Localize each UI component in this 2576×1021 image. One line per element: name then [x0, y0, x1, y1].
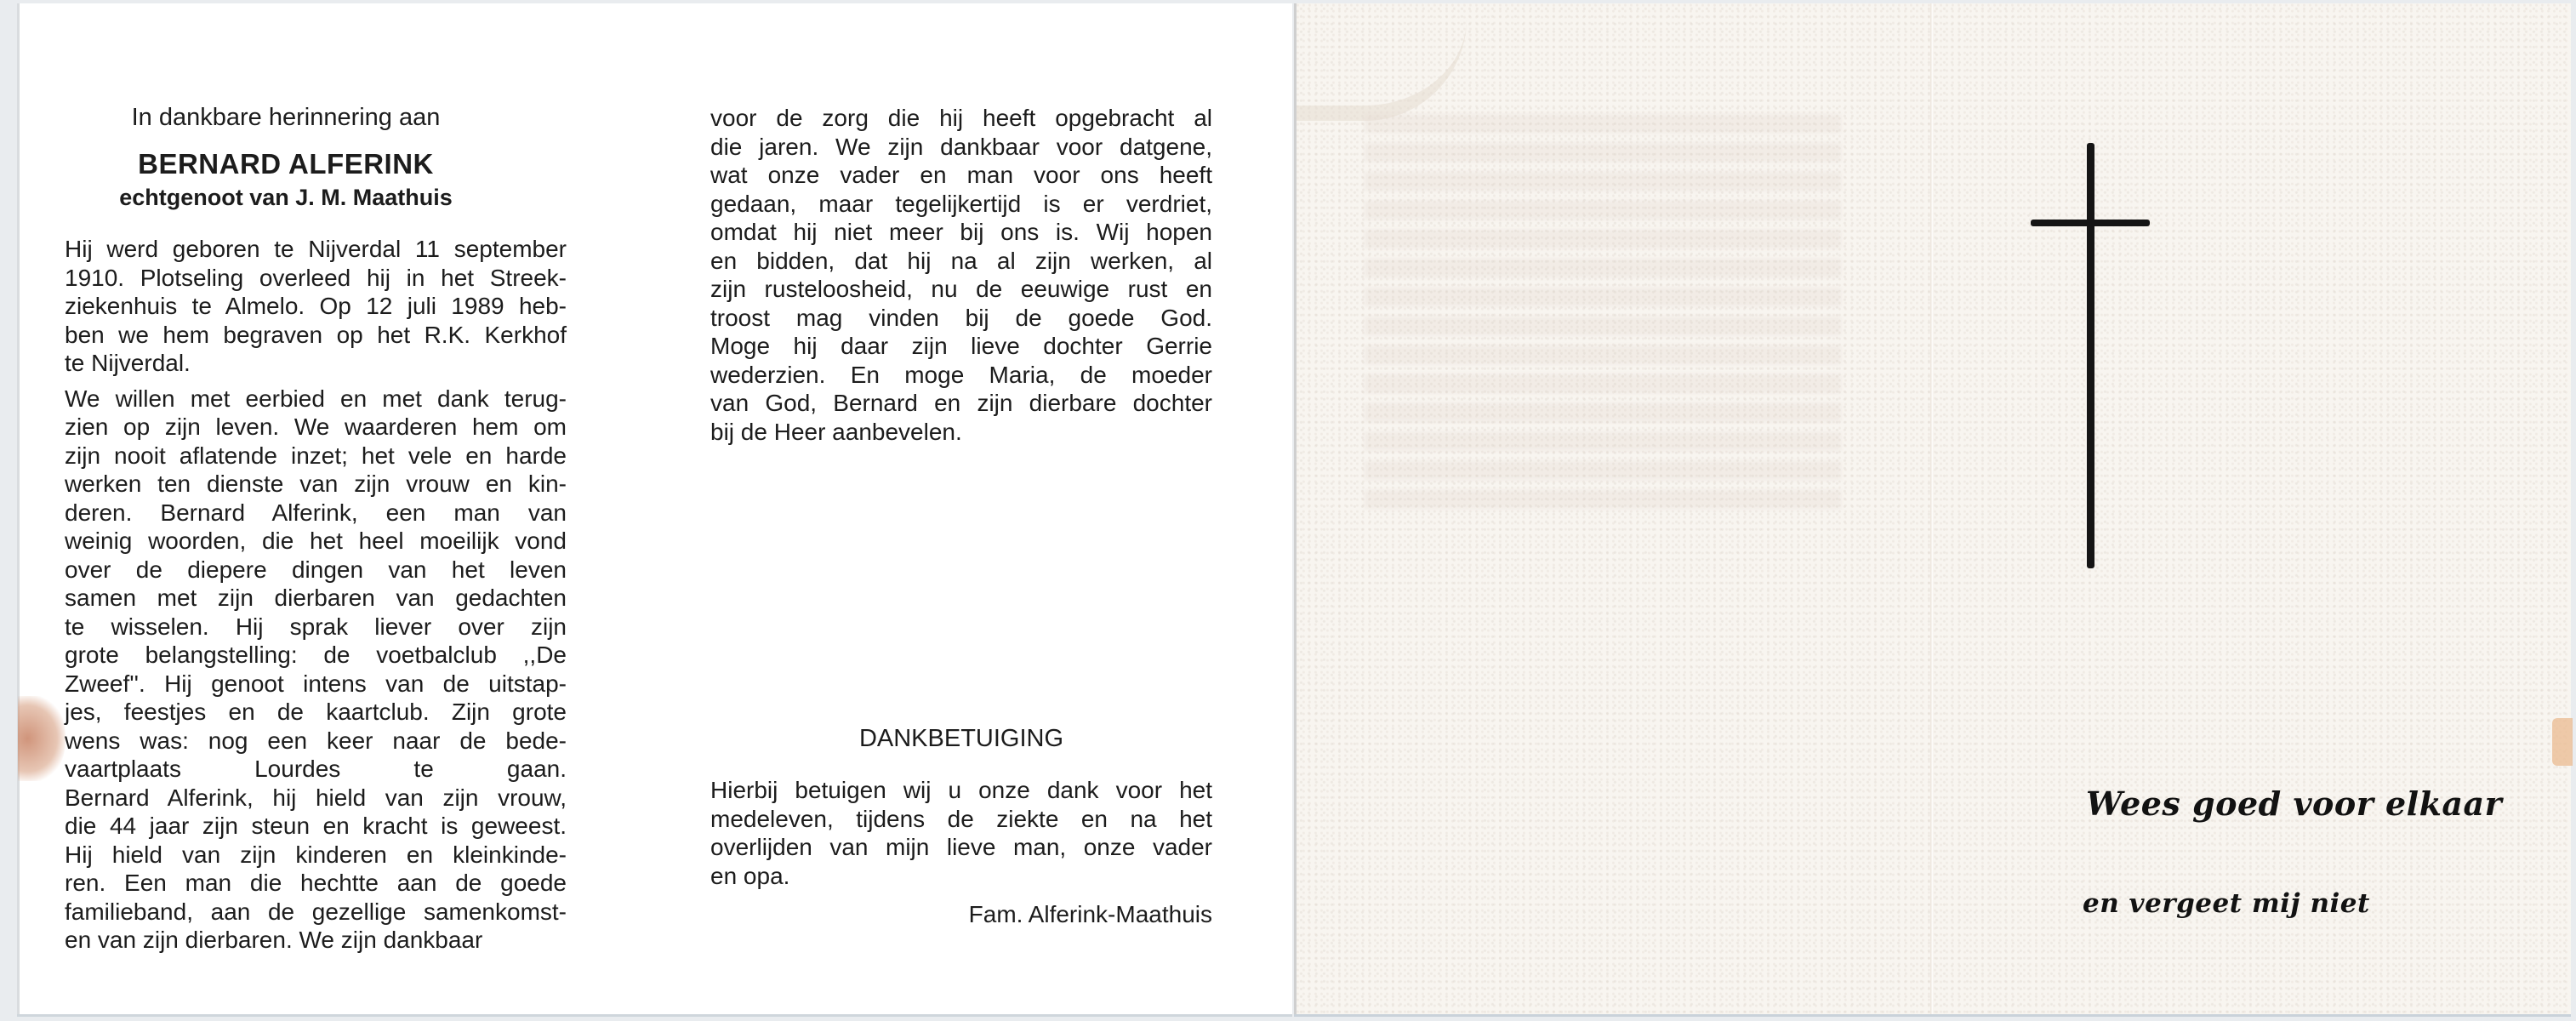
text-line: gedaan, maar tegelijkertijd is er verdri… [710, 190, 1212, 219]
text-line: jes, feestjes en de kaartclub. Zijn grot… [65, 698, 567, 727]
stain-mark [18, 696, 66, 781]
text-line: wens was: nog een keer naar de bede- [65, 727, 567, 756]
thanks-text: Hierbij betuigen wij u onze dank voor he… [710, 776, 1212, 890]
text-line: Hierbij betuigen wij u onze dank voor he… [710, 776, 1212, 805]
text-line: omdat hij niet meer bij ons is. Wij hope… [710, 218, 1212, 247]
text-line: te Nijverdal. [65, 349, 567, 378]
text-line: zien op zijn leven. We waarderen hem om [65, 413, 567, 442]
text-line: bij de Heer aanbevelen. [710, 418, 1212, 447]
biography-continuation: voor de zorg die hij heeft opgebracht al… [710, 104, 1212, 446]
cross-horizontal-bar [2031, 220, 2150, 226]
text-line: overlijden van mijn lieve man, onze vade… [710, 833, 1212, 862]
text-line: en opa. [710, 862, 1212, 891]
text-line: wat onze vader en man voor ons heeft [710, 161, 1212, 190]
cross-vertical-bar [2087, 143, 2094, 568]
family-signature: Fam. Alferink-Maathuis [969, 900, 1212, 929]
memorial-card-cover: Wees goed voor elkaar en vergeet mij nie… [1294, 3, 2571, 1014]
intro-line: In dankbare herinnering aan [65, 104, 507, 133]
text-line: en bidden, dat hij na al zijn werken, al [710, 247, 1212, 276]
spouse-line: echtgenoot van J. M. Maathuis [65, 184, 507, 213]
stain-mark [2552, 718, 2573, 766]
text-line: troost mag vinden bij de goede God. [710, 304, 1212, 333]
text-line: die 44 jaar zijn steun en kracht is gewe… [65, 812, 567, 841]
text-line: ben we hem begraven op het R.K. Kerkhof [65, 321, 567, 350]
paper-show-through-arc [1297, 0, 1467, 121]
text-line: Zweef''. Hij genoot intens van de uitsta… [65, 670, 567, 699]
motto-line-2: en vergeet mij niet [2083, 888, 2370, 919]
text-line: ren. Een man die hechtte aan de goede [65, 869, 567, 898]
text-line: voor de zorg die hij heeft opgebracht al [710, 104, 1212, 133]
text-line: ziekenhuis te Almelo. Op 12 juli 1989 he… [65, 292, 567, 321]
text-line: Moge hij daar zijn lieve dochter Gerrie [710, 332, 1212, 361]
biography: Hij werd geboren te Nijverdal 11 septemb… [65, 235, 567, 955]
text-line: medeleven, tijdens de ziekte en na het [710, 805, 1212, 834]
text-line: We willen met eerbied en met dank terug- [65, 385, 567, 414]
text-line: grote belangstelling: de voetbalclub ,,D… [65, 641, 567, 670]
text-line: over de diepere dingen van het leven [65, 556, 567, 585]
deceased-name: BERNARD ALFERINK [65, 150, 507, 179]
text-line: deren. Bernard Alferink, een man van [65, 499, 567, 528]
text-line: van God, Bernard en zijn dierbare dochte… [710, 389, 1212, 418]
text-line: zijn nooit aflatende inzet; het vele en … [65, 442, 567, 471]
text-line: te wisselen. Hij sprak liever over zijn [65, 613, 567, 642]
text-line: Hij werd geboren te Nijverdal 11 septemb… [65, 235, 567, 264]
text-line: wederzien. En moge Maria, de moeder [710, 361, 1212, 390]
text-line: samen met zijn dierbaren van gedachten [65, 584, 567, 613]
paper-show-through [1365, 114, 1841, 514]
text-line: weinig woorden, die het heel moeilijk vo… [65, 527, 567, 556]
motto-line-1: Wees goed voor elkaar [2086, 784, 2502, 823]
text-line: familieband, aan de gezellige samenkomst… [65, 898, 567, 927]
text-line: werken ten dienste van zijn vrouw en kin… [65, 470, 567, 499]
text-line: Bernard Alferink, hij hield van zijn vro… [65, 784, 567, 813]
thanks-heading: DANKBETUIGING [710, 725, 1212, 754]
text-line: en van zijn dierbaren. We zijn dankbaar [65, 926, 567, 955]
biography-paragraph: We willen met eerbied en met dank terug-… [65, 385, 567, 955]
text-line: 1910. Plotseling overleed hij in het Str… [65, 264, 567, 293]
text-line: Hij hield van zijn kinderen en kleinkind… [65, 841, 567, 870]
text-line: vaartplaats Lourdes te gaan. [65, 755, 567, 784]
text-line: die jaren. We zijn dankbaar voor datgene… [710, 133, 1212, 162]
fold-line [1930, 3, 1933, 1014]
memorial-card-inside: In dankbare herinnering aan BERNARD ALFE… [17, 3, 1292, 1014]
biography-paragraph: Hij werd geboren te Nijverdal 11 septemb… [65, 235, 567, 378]
text-line: zijn rusteloosheid, nu de eeuwige rust e… [710, 275, 1212, 304]
